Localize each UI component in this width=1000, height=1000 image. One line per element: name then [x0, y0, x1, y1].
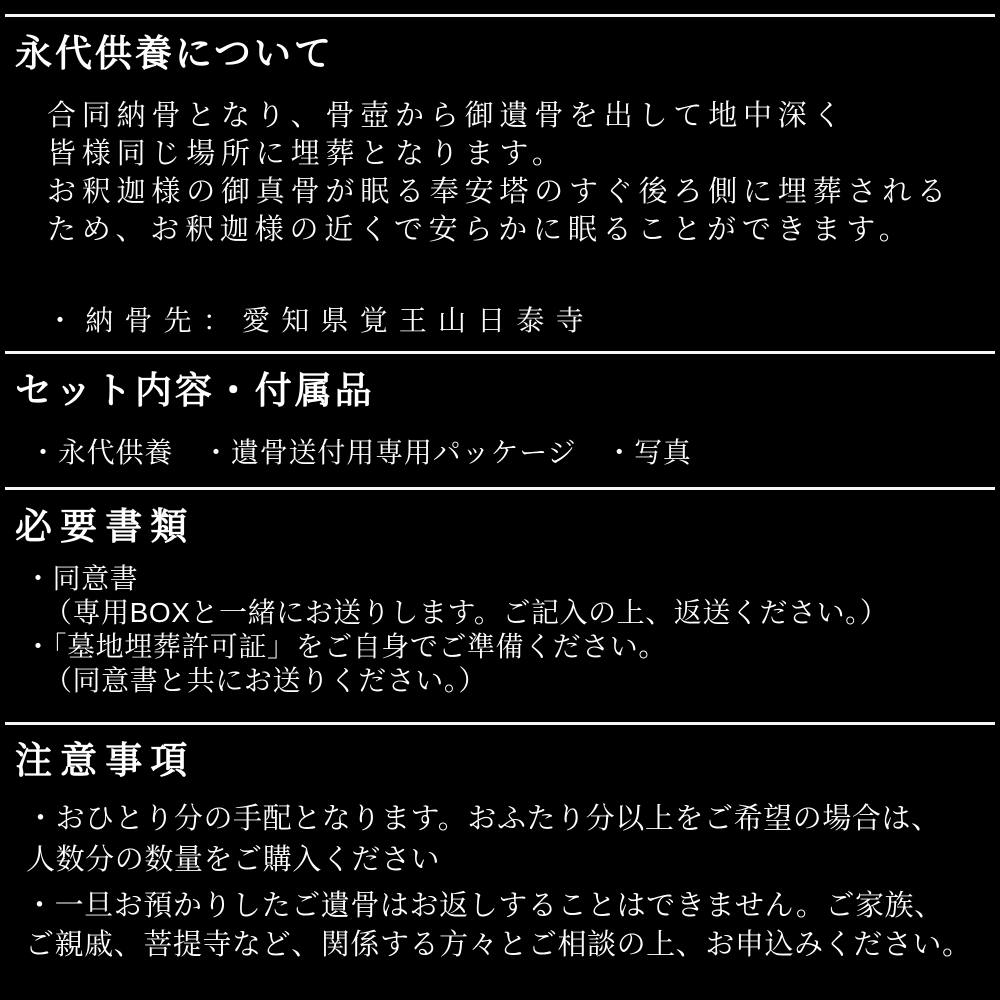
section-heading-eitai-kuyo: 永代供養について: [15, 34, 334, 77]
divider-top: [5, 14, 995, 17]
notes-item-1: ・おひとり分の手配となります。おふたり分以上をご希望の場合は、 人数分の数量をご…: [26, 799, 941, 881]
section-heading-set-contents: セット内容・付属品: [15, 371, 375, 414]
eitai-description-line-1: 合同納骨となり、骨壺から御遺骨を出して地中深く: [47, 97, 952, 135]
required-documents-list: ・同意書 （専用BOXと一緒にお送りします。ご記入の上、返送ください。） ・「墓…: [24, 562, 888, 698]
divider-section-4: [5, 722, 995, 725]
divider-section-2: [5, 351, 995, 354]
required-documents-line-1: ・同意書: [24, 562, 888, 596]
nokotsu-destination-line: ・納骨先：愛知県覚王山日泰寺: [46, 299, 595, 339]
section-heading-notes: 注意事項: [15, 741, 196, 784]
required-documents-line-2: （専用BOXと一緒にお送りします。ご記入の上、返送ください。）: [24, 596, 888, 630]
notes-item-2: ・一旦お預かりしたご遺骨はお返しすることはできません。ご家族、 ご親戚、菩提寺な…: [25, 887, 972, 965]
section-heading-required-documents: 必要書類: [15, 507, 196, 550]
notes-item-1-line-2: 人数分の数量をご購入ください: [26, 840, 941, 881]
notes-item-2-line-1: ・一旦お預かりしたご遺骨はお返しすることはできません。ご家族、: [25, 887, 972, 926]
eitai-description-line-4: ため、お釈迦様の近くで安らかに眠ることができます。: [47, 211, 952, 249]
eitai-description-paragraph: 合同納骨となり、骨壺から御遺骨を出して地中深く 皆様同じ場所に埋葬となります。 …: [47, 97, 952, 249]
memorial-service-info-panel: 永代供養について 合同納骨となり、骨壺から御遺骨を出して地中深く 皆様同じ場所に…: [0, 0, 1000, 1000]
set-items-line: ・永代供養 ・遺骨送付用専用パッケージ ・写真: [29, 431, 692, 471]
required-documents-line-3: ・「墓地埋葬許可証」をご自身でご準備ください。: [24, 630, 888, 664]
required-documents-line-4: （同意書と共にお送りください。）: [24, 664, 888, 698]
notes-item-2-line-2: ご親戚、菩提寺など、関係する方々とご相談の上、お申込みください。: [25, 926, 972, 965]
eitai-description-line-2: 皆様同じ場所に埋葬となります。: [47, 135, 952, 173]
notes-item-1-line-1: ・おひとり分の手配となります。おふたり分以上をご希望の場合は、: [26, 799, 941, 840]
eitai-description-line-3: お釈迦様の御真骨が眠る奉安塔のすぐ後ろ側に埋葬される: [47, 173, 952, 211]
divider-section-3: [5, 487, 995, 490]
